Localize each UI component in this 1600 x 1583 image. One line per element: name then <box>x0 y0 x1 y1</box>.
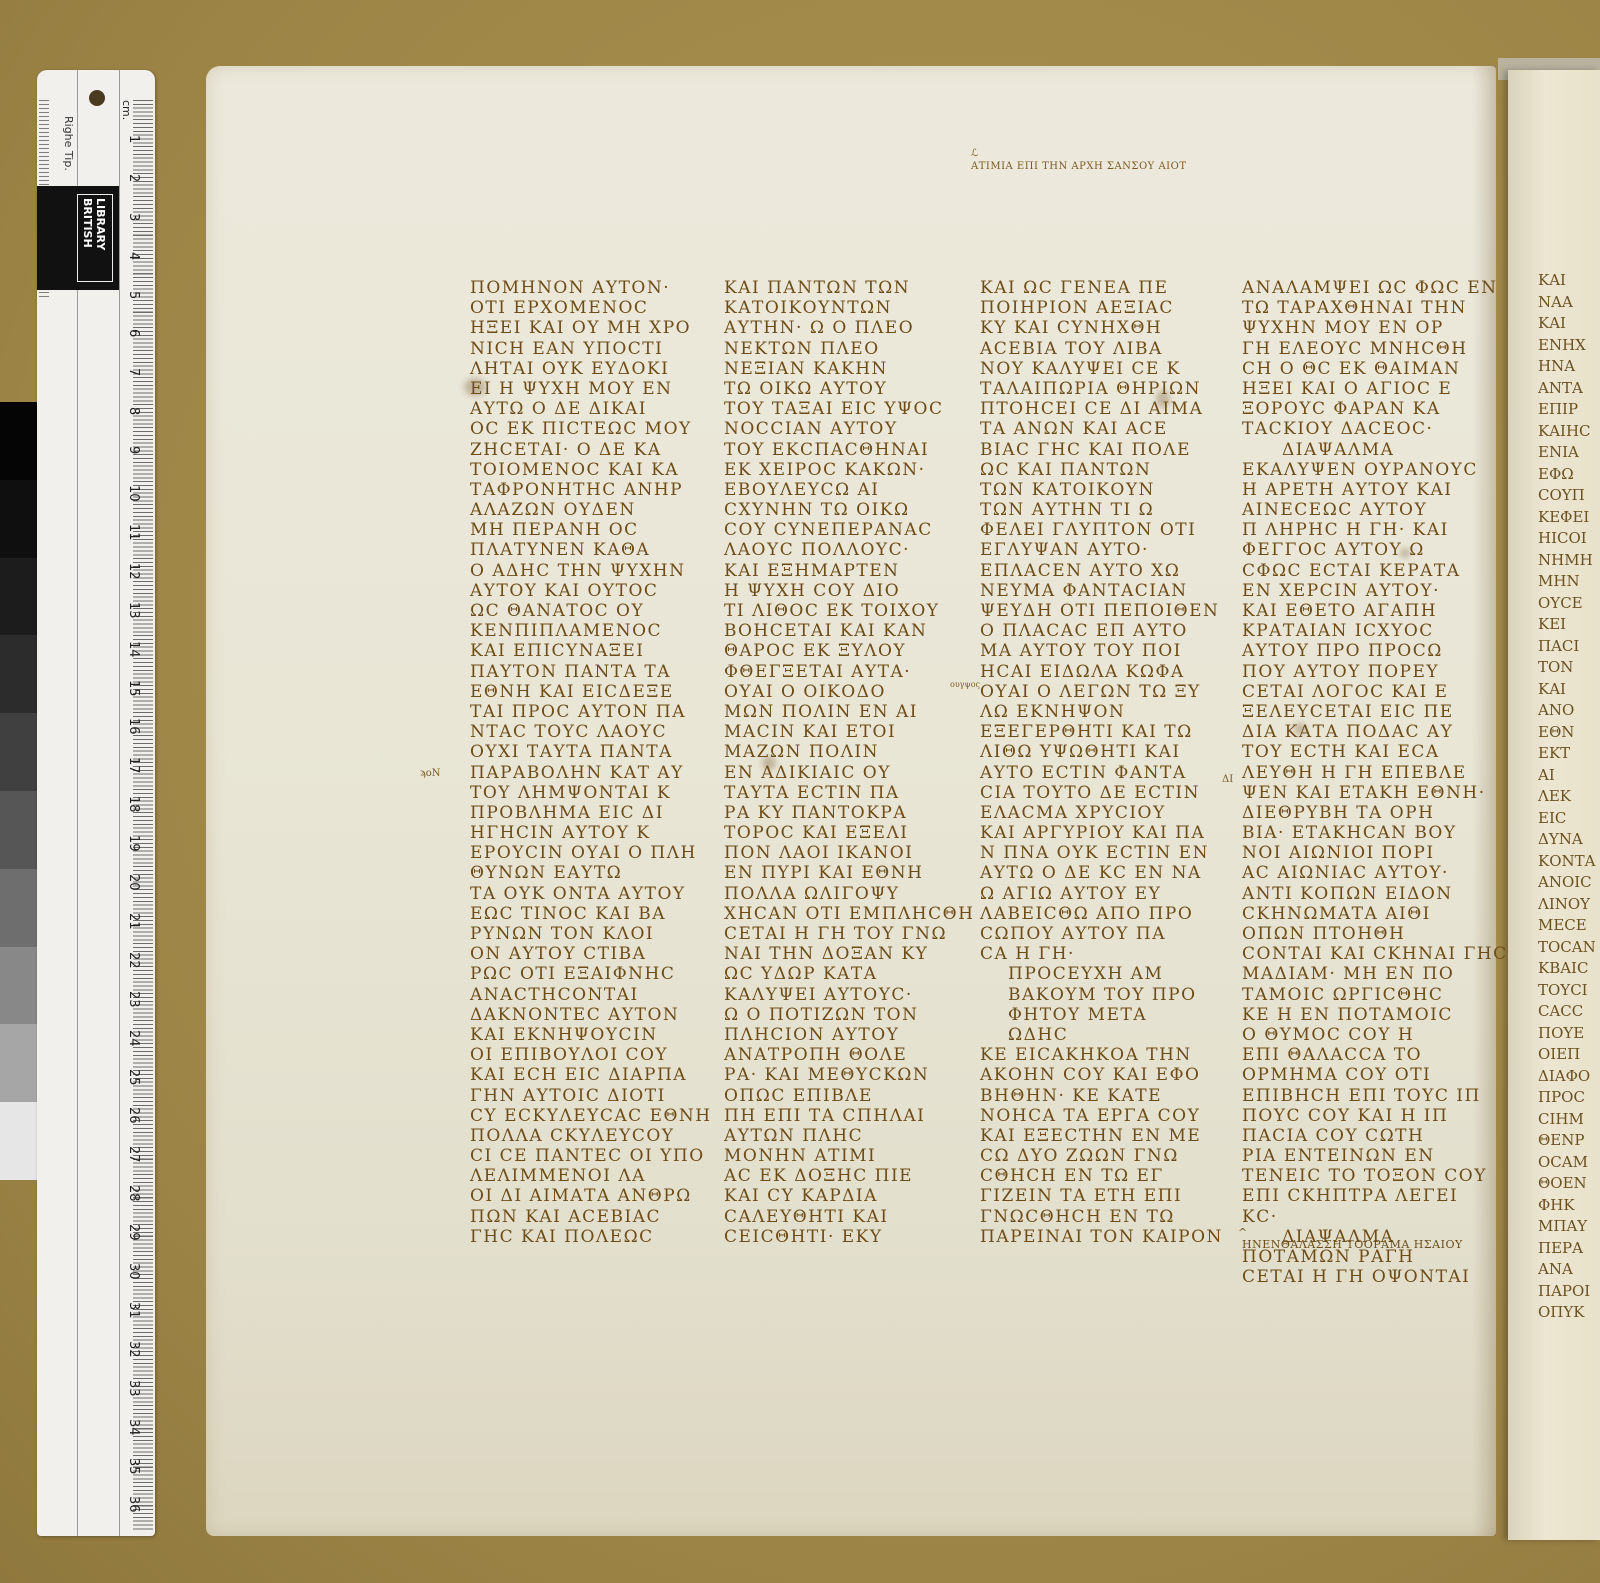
cm-tick-label: 22 <box>126 952 141 969</box>
text-line: ΚΕΝΠΙΠΛΑΜΕΝΟϹ <box>470 621 712 641</box>
text-line: ΝΕΥΜΑ ΦΑΝΤΑϹΙΑΝ <box>980 581 1223 601</box>
text-line: ΑΥΤΩ Ο ΔΕ ΔΙΚΑΙ <box>470 399 712 419</box>
facing-page: ΚΑΙΝΑΑΚΑΙΕΝΗΧΗΝΑΑΝΤΑΕΠΙΡΚΑΙΗϹΕΝΙΑΕΦΩϹΟΥΠ… <box>1508 70 1600 1540</box>
tag-line-1: LIBRARY <box>94 198 107 250</box>
text-line: Η ΨΥΧΗ ϹΟΥ ΔΙΟ <box>724 581 974 601</box>
text-line: ΚΑΙ ΕΞΕϹΤΗΝ ΕΝ ΜΕ <box>980 1126 1223 1146</box>
text-line: ΝΑΙ ΤΗΝ ΔΟΞΑΝ ΚΥ <box>724 944 974 964</box>
text-line: ΩΔΗϹ <box>980 1025 1223 1045</box>
text-line: ΓΝΩϹΘΗϹΗ ΕΝ ΤΩ <box>980 1207 1223 1227</box>
text-line: ΝΤΑϹ ΤΟΥϹ ΛΑΟΥϹ <box>470 722 712 742</box>
text-line: ϹΧΥΝΗΝ ΤΩ ΟΙΚΩ <box>724 500 974 520</box>
text-line: ΑϹ ΑΙΩΝΙΑϹ ΑΥΤΟΥ· <box>1242 863 1508 883</box>
cm-tick-label: 15 <box>126 680 141 697</box>
text-line: ΠΩΝ ΚΑΙ ΑϹΕΒΙΑϹ <box>470 1207 712 1227</box>
text-line: ΡΑ· ΚΑΙ ΜΕΘΥϹΚΩΝ <box>724 1065 974 1085</box>
text-line: ΑϹ ΕΚ ΔΟΞΗϹ ΠΙΕ <box>724 1166 974 1186</box>
facing-line: ΜΗΝ <box>1538 571 1600 593</box>
facing-line: ϹΙΗΜ <box>1538 1109 1600 1131</box>
text-line: ΟΥΑΙ Ο ΟΙΚΟΔΟ <box>724 682 974 702</box>
cm-tick-label: 16 <box>126 718 141 735</box>
text-line: ΑΙΝΕϹΕΩϹ ΑΥΤΟΥ <box>1242 500 1508 520</box>
text-line: ΩϹ ΘΑΝΑΤΟϹ ΟΥ <box>470 601 712 621</box>
text-line: ΚΑΙ ΠΑΝΤΩΝ ΤΩΝ <box>724 278 974 298</box>
text-line: ΤΟΥ ΕϹΤΗ ΚΑΙ ΕϹΑ <box>1242 742 1508 762</box>
tag-line-2: BRITISH <box>81 198 94 250</box>
text-line: ΚΡΑΤΑΙΑΝ ΙϹΧΥΟϹ <box>1242 621 1508 641</box>
facing-line: ΚΕΙ <box>1538 614 1600 636</box>
text-line: ΚϹ· <box>1242 1207 1508 1227</box>
text-line: ΖΗϹΕΤΑΙ· Ο ΔΕ ΚΑ <box>470 440 712 460</box>
text-line: ΠΤΟΗϹΕΙ ϹΕ ΔΙ ΑΙΜΑ <box>980 399 1223 419</box>
left-margin-note: ϡοΝ <box>420 768 441 779</box>
text-line: ΚΑΙ ΕΞΗΜΑΡΤΕΝ <box>724 561 974 581</box>
text-line: Η ΑΡΕΤΗ ΑΥΤΟΥ ΚΑΙ <box>1242 480 1508 500</box>
facing-line: ΟΙΕΠ <box>1538 1044 1600 1066</box>
facing-line: ΟΠΥΚ <box>1538 1302 1600 1324</box>
text-line: ΕΙ Η ΨΥΧΗ ΜΟΥ ΕΝ <box>470 379 712 399</box>
text-line: ΠΡΟΒΛΗΜΑ ΕΙϹ ΔΙ <box>470 803 712 823</box>
text-line: ΤΩ ΤΑΡΑΧΘΗΝΑΙ ΤΗΝ <box>1242 298 1508 318</box>
text-line: ΡΙΑ ΕΝΤΕΙΝΩΝ ΕΝ <box>1242 1146 1508 1166</box>
text-line: ΕΛΑϹΜΑ ΧΡΥϹΙΟΥ <box>980 803 1223 823</box>
facing-line: ΠΟΥΕ <box>1538 1023 1600 1045</box>
text-line: ΞΟΡΟΥϹ ΦΑΡΑΝ ΚΑ <box>1242 399 1508 419</box>
facing-line: ΤΟΝ <box>1538 657 1600 679</box>
text-line: ΤΟΥ ΕΚϹΠΑϹΘΗΝΑΙ <box>724 440 974 460</box>
facing-line: ΑΝΟ <box>1538 700 1600 722</box>
text-line: ΚΥ ΚΑΙ ϹΥΝΗΧΘΗ <box>980 318 1223 338</box>
text-line: ΠΟΥ ΑΥΤΟΥ ΠΟΡΕΥ <box>1242 662 1508 682</box>
facing-line: ΟϹΑΜ <box>1538 1152 1600 1174</box>
text-line: ΤΑ ΟΥΚ ΟΝΤΑ ΑΥΤΟΥ <box>470 884 712 904</box>
text-line: ΛΙΘΩ ΥΨΩΘΗΤΙ ΚΑΙ <box>980 742 1223 762</box>
text-line: ΠΟΜΗΝΟΝ ΑΥΤΟΝ· <box>470 278 712 298</box>
text-line: ΚΑΙ ΕϹΗ ΕΙϹ ΔΙΑΡΠΑ <box>470 1065 712 1085</box>
text-line: ΚΕ Η ΕΝ ΠΟΤΑΜΟΙϹ <box>1242 1005 1508 1025</box>
text-line: ΩϹ ΚΑΙ ΠΑΝΤΩΝ <box>980 460 1223 480</box>
text-line: ΑΥΤΩ Ο ΔΕ ΚϹ ΕΝ ΝΑ <box>980 863 1223 883</box>
cm-tick-label: 35 <box>126 1458 141 1475</box>
text-line: ΕΡΟΥϹΙΝ ΟΥΑΙ Ο ΠΛΗ <box>470 843 712 863</box>
text-line: ΑΥΤΗΝ· Ω Ο ΠΛΕΟ <box>724 318 974 338</box>
text-line: ΚΑΤΟΙΚΟΥΝΤΩΝ <box>724 298 974 318</box>
text-line: ΕΠΙ ϹΚΗΠΤΡΑ ΛΕΓΕΙ <box>1242 1186 1508 1206</box>
facing-line: ΗΝΑ <box>1538 356 1600 378</box>
cm-tick-label: 21 <box>126 913 141 930</box>
text-line: ΘΑΡΟϹ ΕΚ ΞΥΛΟΥ <box>724 641 974 661</box>
facing-line: ΕΠΙΡ <box>1538 399 1600 421</box>
facing-line: ΑΙ <box>1538 765 1600 787</box>
text-line: ΛΕΛΙΜΜΕΝΟΙ ΛΑ <box>470 1166 712 1186</box>
text-line: ΤΩ ΟΙΚΩ ΑΥΤΟΥ <box>724 379 974 399</box>
text-line: Ν ΠΝΑ ΟΥΚ ΕϹΤΙΝ ΕΝ <box>980 843 1223 863</box>
text-line: ΤΙ ΛΙΘΟϹ ΕΚ ΤΟΙΧΟΥ <box>724 601 974 621</box>
facing-line: ΑΝΤΑ <box>1538 378 1600 400</box>
text-line: Ω ΑΓΙΩ ΑΥΤΟΥ ΕΥ <box>980 884 1223 904</box>
facing-line: ΑΝΑ <box>1538 1259 1600 1281</box>
text-line: ΕΚ ΧΕΙΡΟϹ ΚΑΚΩΝ· <box>724 460 974 480</box>
text-line: ΒΙΑϹ ΓΗϹ ΚΑΙ ΠΟΛΕ <box>980 440 1223 460</box>
text-line: ϹΙ ϹΕ ΠΑΝΤΕϹ ΟΙ ΥΠΟ <box>470 1146 712 1166</box>
text-line: ΔΙΑΨΑΛΜΑ <box>1242 440 1508 460</box>
text-line: ΑΥΤΩΝ ΠΛΗϹ <box>724 1126 974 1146</box>
text-line: ΚΑΙ ΕΘΕΤΟ ΑΓΑΠΗ <box>1242 601 1508 621</box>
text-line: ΤΩΝ ΑΥΤΗΝ ΤΙ Ω <box>980 500 1223 520</box>
text-line: ΨΥΧΗΝ ΜΟΥ ΕΝ ΟΡ <box>1242 318 1508 338</box>
facing-line: ΕΝΙΑ <box>1538 442 1600 464</box>
facing-line: ΛΙΝΟΥ <box>1538 894 1600 916</box>
cm-tick-label: 1 <box>126 135 141 143</box>
text-line: ΠΟΥϹ ϹΟΥ ΚΑΙ Η ΙΠ <box>1242 1106 1508 1126</box>
cm-tick-label: 23 <box>126 991 141 1008</box>
text-line: ΑΝΑΛΑΜΨΕΙ ΩϹ ΦΩϹ ΕΝ <box>1242 278 1508 298</box>
text-line: ΕΚΑΛΥΨΕΝ ΟΥΡΑΝΟΥϹ <box>1242 460 1508 480</box>
manuscript-folio: ℒ ΑΤΙΜΙΑ ΕΠΙ ΤΗΝ ΑΡΧΗ ΣΑΝΣΟΥ ΑΙΟΤ ϡοΝ ου… <box>206 66 1496 1536</box>
cm-tick-label: 19 <box>126 835 141 852</box>
text-line: ΠΑϹΙΑ ϹΟΥ ϹΩΤΗ <box>1242 1126 1508 1146</box>
text-line: ΠΡΟϹΕΥΧΗ ΑΜ <box>980 964 1223 984</box>
cm-tick-label: 30 <box>126 1263 141 1280</box>
text-line: ΑϹΕΒΙΑ ΤΟΥ ΛΙΒΑ <box>980 339 1223 359</box>
facing-line: ΚΑΙ <box>1538 313 1600 335</box>
tag-text: LIBRARY BRITISH <box>81 198 107 250</box>
text-line: ΑΝΤΙ ΚΟΠΩΝ ΕΙΔΟΝ <box>1242 884 1508 904</box>
text-line: ΠΟΛΛΑ ϹΚΥΛΕΥϹΟΥ <box>470 1126 712 1146</box>
text-line: ΔΙΕΘΡΥΒΗ ΤΑ ΟΡΗ <box>1242 803 1508 823</box>
text-line: ΕΠΙ ΘΑΛΑϹϹΑ ΤΟ <box>1242 1045 1508 1065</box>
text-line: ΠΟΙΗΡΙΟΝ ΑΕΞΙΑϹ <box>980 298 1223 318</box>
facing-line: ΚΑΙ <box>1538 679 1600 701</box>
facing-line: ΝΑΑ <box>1538 292 1600 314</box>
text-line: ΕΝ ΧΕΡϹΙΝ ΑΥΤΟΥ· <box>1242 581 1508 601</box>
text-line: ΚΑΙ ΕΚΝΗΨΟΥϹΙΝ <box>470 1025 712 1045</box>
text-line: ΗΞΕΙ ΚΑΙ ΟΥ ΜΗ ΧΡΟ <box>470 318 712 338</box>
top-margin-annotation: ℒ ΑΤΙΜΙΑ ΕΠΙ ΤΗΝ ΑΡΧΗ ΣΑΝΣΟΥ ΑΙΟΤ <box>971 148 1187 172</box>
cm-tick-label: 20 <box>126 874 141 891</box>
text-line: ϹΟΝΤΑΙ ΚΑΙ ϹΚΗΝΑΙ ΓΗϹ <box>1242 944 1508 964</box>
text-line: ϹΕΤΑΙ Η ΓΗ ΤΟΥ ΓΝΩ <box>724 924 974 944</box>
cm-tick-label: 7 <box>126 368 141 376</box>
cm-tick-label: 12 <box>126 563 141 580</box>
text-line: ΤΕΝΕΙϹ ΤΟ ΤΟΞΟΝ ϹΟΥ <box>1242 1166 1508 1186</box>
ruler-hole <box>89 90 105 106</box>
cm-tick-label: 33 <box>126 1380 141 1397</box>
cm-tick-label: 8 <box>126 407 141 415</box>
cm-tick-label: 14 <box>126 641 141 658</box>
cm-tick-label: 34 <box>126 1419 141 1436</box>
text-line: ΚΑΙ ϹΥ ΚΑΡΔΙΑ <box>724 1186 974 1206</box>
cm-tick-label: 2 <box>126 174 141 182</box>
text-line: ΚΑΙ ΕΠΙϹΥΝΑΞΕΙ <box>470 641 712 661</box>
annotation-text: ΑΤΙΜΙΑ ΕΠΙ ΤΗΝ ΑΡΧΗ ΣΑΝΣΟΥ ΑΙΟΤ <box>971 161 1187 172</box>
text-line: ΝΙϹΗ ΕΑΝ ΥΠΟϹΤΙ <box>470 339 712 359</box>
text-line: ΤΟΥ ΛΗΜΨΟΝΤΑΙ Κ <box>470 783 712 803</box>
text-line: ΑΥΤΟΥ ΚΑΙ ΟΥΤΟϹ <box>470 581 712 601</box>
text-line: ΟΝ ΑΥΤΟΥ ϹΤΙΒΑ <box>470 944 712 964</box>
facing-line: ΠΑϹΙ <box>1538 636 1600 658</box>
facing-line: ΠΡΟϹ <box>1538 1087 1600 1109</box>
facing-line: ϹΟΥΠ <box>1538 485 1600 507</box>
facing-line: ΕΘΝ <box>1538 722 1600 744</box>
text-line: ΞΕΛΕΥϹΕΤΑΙ ΕΙϹ ΠΕ <box>1242 702 1508 722</box>
cm-tick-label: 32 <box>126 1341 141 1358</box>
text-line: ΒΙΑ· ΕΤΑΚΗϹΑΝ ΒΟΥ <box>1242 823 1508 843</box>
text-line: ΚΕ ΕΙϹΑΚΗΚΟΑ ΤΗΝ <box>980 1045 1223 1065</box>
text-line: ΕΠΛΑϹΕΝ ΑΥΤΟ ΧΩ <box>980 561 1223 581</box>
text-line: ϹΚΗΝΩΜΑΤΑ ΑΙΘΙ <box>1242 904 1508 924</box>
text-line: ΟΥΑΙ Ο ΛΕΓΩΝ ΤΩ ΞΥ <box>980 682 1223 702</box>
facing-line: ΤΟϹΑΝ <box>1538 937 1600 959</box>
text-line: ϹΩΠΟΥ ΑΥΤΟΥ ΠΑ <box>980 924 1223 944</box>
text-line: ΒΗΘΗΝ· ΚΕ ΚΑΤΕ <box>980 1086 1223 1106</box>
text-line: ΕΩϹ ΤΙΝΟϹ ΚΑΙ ΒΑ <box>470 904 712 924</box>
facing-line: ΜΠΑΥ <box>1538 1216 1600 1238</box>
text-line: ΤΩΝ ΚΑΤΟΙΚΟΥΝ <box>980 480 1223 500</box>
text-line: ϹΩ ΔΥΟ ΖΩΩΝ ΓΝΩ <box>980 1146 1223 1166</box>
text-line: ΑΥΤΟ ΕϹΤΙΝ ΦΑΝΤΑ <box>980 763 1223 783</box>
facing-line: ΝΗΜΗ <box>1538 550 1600 572</box>
text-line: ΝΕΞΙΑΝ ΚΑΚΗΝ <box>724 359 974 379</box>
text-line: ΑΚΟΗΝ ϹΟΥ ΚΑΙ ΕΦΟ <box>980 1065 1223 1085</box>
facing-line: ϹΑϹϹ <box>1538 1001 1600 1023</box>
text-line: ΔΑΚΝΟΝΤΕϹ ΑΥΤΟΝ <box>470 1005 712 1025</box>
text-line: ΕΞΕΓΕΡΘΗΤΙ ΚΑΙ ΤΩ <box>980 722 1223 742</box>
text-line: ΟΙ ΔΙ ΑΙΜΑΤΑ ΑΝΘΡΩ <box>470 1186 712 1206</box>
text-line: ϹΗ Ο ΘϹ ΕΚ ΘΑΙΜΑΝ <box>1242 359 1508 379</box>
text-line: ΨΕΝ ΚΑΙ ΕΤΑΚΗ ΕΘΝΗ· <box>1242 783 1508 803</box>
cm-tick-label: 9 <box>126 446 141 454</box>
text-line: ΓΗϹ ΚΑΙ ΠΟΛΕΩϹ <box>470 1227 712 1247</box>
british-library-tag: LIBRARY BRITISH <box>37 186 119 290</box>
text-line: ΑΝΑΤΡΟΠΗ ΘΟΛΕ <box>724 1045 974 1065</box>
text-line: ΟΠΩΝ ΠΤΟΗΘΗ <box>1242 924 1508 944</box>
text-line: ΕΝ ΑΔΙΚΙΑΙϹ ΟΥ <box>724 763 974 783</box>
text-line: Ο ΠΛΑϹΑϹ ΕΠ ΑΥΤΟ <box>980 621 1223 641</box>
text-line: ΝΟΥ ΚΑΛΥΨΕΙ ϹΕ Κ <box>980 359 1223 379</box>
text-line: ΝΟΙ ΑΙΩΝΙΟΙ ΠΟΡΙ <box>1242 843 1508 863</box>
cm-tick-label: 29 <box>126 1224 141 1241</box>
text-column-3: ΚΑΙ ΩϹ ΓΕΝΕΑ ΠΕΠΟΙΗΡΙΟΝ ΑΕΞΙΑϹΚΥ ΚΑΙ ϹΥΝ… <box>980 278 1223 1247</box>
text-line: ΤΑΦΡΟΝΗΤΗϹ ΑΝΗΡ <box>470 480 712 500</box>
facing-line: ΛΕΚ <box>1538 786 1600 808</box>
text-line: ΕΠΙΒΗϹΗ ΕΠΙ ΤΟΥϹ ΙΠ <box>1242 1086 1508 1106</box>
text-line: ΠΑΥΤΟΝ ΠΑΝΤΑ ΤΑ <box>470 662 712 682</box>
text-line: ϹΘΗϹΗ ΕΝ ΤΩ ΕΓ <box>980 1166 1223 1186</box>
text-line: ΑΛΑΖΩΝ ΟΥΔΕΝ <box>470 500 712 520</box>
facing-line: ΚΟΝΤΑ <box>1538 851 1600 873</box>
cm-tick-label: 10 <box>126 485 141 502</box>
text-line: ΠΗ ΕΠΙ ΤΑ ϹΠΗΛΑΙ <box>724 1106 974 1126</box>
cm-tick-label: 26 <box>126 1107 141 1124</box>
text-line: ΕΘΝΗ ΚΑΙ ΕΙϹΔΕΞΕ <box>470 682 712 702</box>
text-line: ΛΕΥΘΗ Η ΓΗ ΕΠΕΒΛΕ <box>1242 763 1508 783</box>
text-line: ΕΒΟΥΛΕΥϹΩ ΑΙ <box>724 480 974 500</box>
facing-line: ΔΙΑΦΟ <box>1538 1066 1600 1088</box>
text-column-4: ΑΝΑΛΑΜΨΕΙ ΩϹ ΦΩϹ ΕΝΤΩ ΤΑΡΑΧΘΗΝΑΙ ΤΗΝΨΥΧΗ… <box>1242 278 1508 1287</box>
text-line: ΤΟΡΟϹ ΚΑΙ ΕΞΕΛΙ <box>724 823 974 843</box>
text-line: ΜΩΝ ΠΟΛΙΝ ΕΝ ΑΙ <box>724 702 974 722</box>
ruler-line <box>119 70 120 1536</box>
text-line: ΑΝΑϹΤΗϹΟΝΤΑΙ <box>470 985 712 1005</box>
text-line: ϹΥ ΕϹΚΥΛΕΥϹΑϹ ΕΘΝΗ <box>470 1106 712 1126</box>
text-line: ΤΑΥΤΑ ΕϹΤΙΝ ΠΑ <box>724 783 974 803</box>
facing-line: ΚΑΙΗϹ <box>1538 421 1600 443</box>
text-line: ΤΑΛΑΙΠΩΡΙΑ ΘΗΡΙΩΝ <box>980 379 1223 399</box>
text-line: ΠΟΛΛΑ ΩΛΙΓΟΨΥ <box>724 884 974 904</box>
text-line: ΚΑΛΥΨΕΙ ΑΥΤΟΥϹ· <box>724 985 974 1005</box>
ruler-brand: Righe Tip. <box>62 116 75 171</box>
text-line: ΠΟΝ ΛΑΟΙ ΙΚΑΝΟΙ <box>724 843 974 863</box>
text-line: ΠΛΑΤΥΝΕΝ ΚΑΘΑ <box>470 540 712 560</box>
text-line: ΝΟϹϹΙΑΝ ΑΥΤΟΥ <box>724 419 974 439</box>
cm-tick-label: 4 <box>126 252 141 260</box>
text-line: ΦΘΕΓΞΕΤΑΙ ΑΥΤΑ· <box>724 662 974 682</box>
text-line: ΦΗΤΟΥ ΜΕΤΑ <box>980 1005 1223 1025</box>
facing-line: ΕΚΤ <box>1538 743 1600 765</box>
text-line: ϹΕΤΑΙ Η ΓΗ ΟΨΟΝΤΑΙ <box>1242 1267 1508 1287</box>
text-line: ΓΗΝ ΑΥΤΟΙϹ ΔΙΟΤΙ <box>470 1086 712 1106</box>
text-line: ΨΕΥΔΗ ΟΤΙ ΠΕΠΟΙΘΕΝ <box>980 601 1223 621</box>
text-line: ΟΙ ΕΠΙΒΟΥΛΟΙ ϹΟΥ <box>470 1045 712 1065</box>
text-line: ΓΗ ΕΛΕΟΥϹ ΜΝΗϹΘΗ <box>1242 339 1508 359</box>
annotation-mark: ^ <box>1238 1226 1248 1239</box>
cm-tick-label: 13 <box>126 602 141 619</box>
text-line: ϹΑΛΕΥΘΗΤΙ ΚΑΙ <box>724 1207 974 1227</box>
cm-tick-label: 31 <box>126 1302 141 1319</box>
text-line: ΟΠΩϹ ΕΠΙΒΛΕ <box>724 1086 974 1106</box>
text-line: ΠΑΡΑΒΟΛΗΝ ΚΑΤ ΑΥ <box>470 763 712 783</box>
text-line: ΓΙΖΕΙΝ ΤΑ ΕΤΗ ΕΠΙ <box>980 1186 1223 1206</box>
text-line: ΑΥΤΟΥ ΠΡΟ ΠΡΟϹΩ <box>1242 641 1508 661</box>
text-line: ΒΟΗϹΕΤΑΙ ΚΑΙ ΚΑΝ <box>724 621 974 641</box>
cm-tick-label: 5 <box>126 291 141 299</box>
facing-page-text: ΚΑΙΝΑΑΚΑΙΕΝΗΧΗΝΑΑΝΤΑΕΠΙΡΚΑΙΗϹΕΝΙΑΕΦΩϹΟΥΠ… <box>1538 270 1600 1324</box>
facing-line: ΠΑΡΟΙ <box>1538 1281 1600 1303</box>
text-line: ϹΕΙϹΘΗΤΙ· ΕΚΥ <box>724 1227 974 1247</box>
cm-tick-label: 36 <box>126 1496 141 1513</box>
facing-line: ΗΙϹΟΙ <box>1538 528 1600 550</box>
text-line: ΛΩ ΕΚΝΗΨΟΝ <box>980 702 1223 722</box>
text-line: ΟϹ ΕΚ ΠΙϹΤΕΩϹ ΜΟΥ <box>470 419 712 439</box>
text-line: ΤΑ ΑΝΩΝ ΚΑΙ ΑϹΕ <box>980 419 1223 439</box>
text-line: ΟΤΙ ΕΡΧΟΜΕΝΟϹ <box>470 298 712 318</box>
annotation-text: ΗΝΕΝΘΑΛΑΣΣΗ ΤΟΟΡΑΜΑ ΗΣΑΙΟΥ <box>1242 1238 1463 1251</box>
text-line: Ο ΑΔΗϹ ΤΗΝ ΨΥΧΗΝ <box>470 561 712 581</box>
text-line: ΘΥΝΩΝ ΕΑΥΤΩ <box>470 863 712 883</box>
text-line: ΟΡΜΗΜΑ ϹΟΥ ΟΤΙ <box>1242 1065 1508 1085</box>
facing-line: ΘΕΝΡ <box>1538 1130 1600 1152</box>
facing-line: ΜΕϹΕ <box>1538 915 1600 937</box>
text-column-2: ΚΑΙ ΠΑΝΤΩΝ ΤΩΝΚΑΤΟΙΚΟΥΝΤΩΝΑΥΤΗΝ· Ω Ο ΠΛΕ… <box>724 278 974 1247</box>
text-line: ΗΓΗϹΙΝ ΑΥΤΟΥ Κ <box>470 823 712 843</box>
facing-line: ΕΝΗΧ <box>1538 335 1600 357</box>
text-line: ΤΑϹΚΙΟΥ ΔΑϹΕΟϹ· <box>1242 419 1508 439</box>
text-line: ΦΕΓΓΟϹ ΑΥΤΟΥ Ω <box>1242 540 1508 560</box>
facing-line: ΚΕΦΕΙ <box>1538 507 1600 529</box>
text-line: ΚΑΙ ΩϹ ΓΕΝΕΑ ΠΕ <box>980 278 1223 298</box>
text-line: ΜΑΔΙΑΜ· ΜΗ ΕΝ ΠΟ <box>1242 964 1508 984</box>
text-line: ΡΑ ΚΥ ΠΑΝΤΟΚΡΑ <box>724 803 974 823</box>
text-line: ΤΟΥ ΤΑΞΑΙ ΕΙϹ ΥΨΟϹ <box>724 399 974 419</box>
text-line: ΦΕΛΕΙ ΓΛΥΠΤΟΝ ΟΤΙ <box>980 520 1223 540</box>
text-line: ϹΕΤΑΙ ΛΟΓΟϹ ΚΑΙ Ε <box>1242 682 1508 702</box>
cm-tick-label: 3 <box>126 213 141 221</box>
facing-line: ΔΥΝΑ <box>1538 829 1600 851</box>
text-line: ϹΑ Η ΓΗ· <box>980 944 1223 964</box>
text-line: ΤΟΙΟΜΕΝΟϹ ΚΑΙ ΚΑ <box>470 460 712 480</box>
text-line: ΠΑΡΕΙΝΑΙ ΤΟΝ ΚΑΙΡΟΝ <box>980 1227 1223 1247</box>
facing-line: ΘΟΕΝ <box>1538 1173 1600 1195</box>
text-line: ΡΩϹ ΟΤΙ ΕΞΑΙΦΝΗϹ <box>470 964 712 984</box>
cm-tick-label: 18 <box>126 796 141 813</box>
facing-line: ΤΟΥϹΙ <box>1538 980 1600 1002</box>
cm-tick-label: 11 <box>126 524 141 541</box>
text-line: ΤΑΙ ΠΡΟϹ ΑΥΤΟΝ ΠΑ <box>470 702 712 722</box>
text-line: ΝΟΗϹΑ ΤΑ ΕΡΓΑ ϹΟΥ <box>980 1106 1223 1126</box>
text-line: ΛΗΤΑΙ ΟΥΚ ΕΥΔΟΚΙ <box>470 359 712 379</box>
text-line: ΜΗ ΠΕΡΑΝΗ ΟϹ <box>470 520 712 540</box>
text-line: ΕΝ ΠΥΡΙ ΚΑΙ ΕΘΝΗ <box>724 863 974 883</box>
cm-tick-label: 28 <box>126 1185 141 1202</box>
text-line: ΜΟΝΗΝ ΑΤΙΜΙ <box>724 1146 974 1166</box>
cm-tick-label: 27 <box>126 1146 141 1163</box>
facing-line: ΠΕΡΑ <box>1538 1238 1600 1260</box>
bottom-margin-annotation: ^ ΗΝΕΝΘΑΛΑΣΣΗ ΤΟΟΡΑΜΑ ΗΣΑΙΟΥ <box>1242 1238 1463 1251</box>
text-line: ΧΗϹΑΝ ΟΤΙ ΕΜΠΛΗϹΘΗ <box>724 904 974 924</box>
annotation-mark: ℒ <box>971 148 1187 159</box>
facing-line: ΟΥϹΕ <box>1538 593 1600 615</box>
cm-tick-label: 24 <box>126 1030 141 1047</box>
facing-line: ΚΒΑΙϹ <box>1538 958 1600 980</box>
text-line: ΜΑ ΑΥΤΟΥ ΤΟΥ ΠΟΙ <box>980 641 1223 661</box>
text-line: ΗϹΑΙ ΕΙΔΩΛΑ ΚΩΦΑ <box>980 662 1223 682</box>
facing-line: ΕΙϹ <box>1538 808 1600 830</box>
facing-line: ΑΝΟΙϹ <box>1538 872 1600 894</box>
text-line: ΒΑΚΟΥΜ ΤΟΥ ΠΡΟ <box>980 985 1223 1005</box>
text-line: ΩϹ ΥΔΩΡ ΚΑΤΑ <box>724 964 974 984</box>
text-line: ΛΑΟΥϹ ΠΟΛΛΟΥϹ· <box>724 540 974 560</box>
cm-tick-label: 17 <box>126 757 141 774</box>
cm-tick-label: 25 <box>126 1069 141 1086</box>
text-line: ϹΙΑ ΤΟΥΤΟ ΔΕ ΕϹΤΙΝ <box>980 783 1223 803</box>
text-line: ΠΛΗϹΙΟΝ ΑΥΤΟΥ <box>724 1025 974 1045</box>
text-line: Π ΛΗΡΗϹ Η ΓΗ· ΚΑΙ <box>1242 520 1508 540</box>
text-line: ΟΥΧΙ ΤΑΥΤΑ ΠΑΝΤΑ <box>470 742 712 762</box>
cm-tick-label: 6 <box>126 329 141 337</box>
text-line: ΜΑϹΙΝ ΚΑΙ ΕΤΟΙ <box>724 722 974 742</box>
facing-line: ΚΑΙ <box>1538 270 1600 292</box>
text-line: ΛΑΒΕΙϹΘΩ ΑΠΟ ΠΡΟ <box>980 904 1223 924</box>
text-line: ϹΦΩϹ ΕϹΤΑΙ ΚΕΡΑΤΑ <box>1242 561 1508 581</box>
text-line: ΚΑΙ ΑΡΓΥΡΙΟΥ ΚΑΙ ΠΑ <box>980 823 1223 843</box>
text-line: ΝΕΚΤΩΝ ΠΛΕΟ <box>724 339 974 359</box>
text-line: ΔΙΑ ΚΑΤΑ ΠΟΔΑϹ ΑΥ <box>1242 722 1508 742</box>
text-line: ΡΥΝΩΝ ΤΟΝ ΚΛΟΙ <box>470 924 712 944</box>
text-line: Ο ΘΥΜΟϹ ϹΟΥ Η <box>1242 1025 1508 1045</box>
text-line: ϹΟΥ ϹΥΝΕΠΕΡΑΝΑϹ <box>724 520 974 540</box>
text-line: ΤΑΜΟΙϹ ΩΡΓΙϹΘΗϹ <box>1242 985 1508 1005</box>
text-line: ΜΑΖΩΝ ΠΟΛΙΝ <box>724 742 974 762</box>
text-line: ΕΓΛΥΨΑΝ ΑΥΤΟ· <box>980 540 1223 560</box>
text-line: Ω Ο ΠΟΤΙΖΩΝ ΤΟΝ <box>724 1005 974 1025</box>
col3-margin-note: ΔΙ <box>1222 774 1233 785</box>
facing-line: ΦΗΚ <box>1538 1195 1600 1217</box>
text-line: ΗΞΕΙ ΚΑΙ Ο ΑΓΙΟϹ Ε <box>1242 379 1508 399</box>
text-column-1: ΠΟΜΗΝΟΝ ΑΥΤΟΝ·ΟΤΙ ΕΡΧΟΜΕΝΟϹΗΞΕΙ ΚΑΙ ΟΥ Μ… <box>470 278 712 1247</box>
facing-line: ΕΦΩ <box>1538 464 1600 486</box>
cm-unit-label: cm. <box>120 100 133 120</box>
